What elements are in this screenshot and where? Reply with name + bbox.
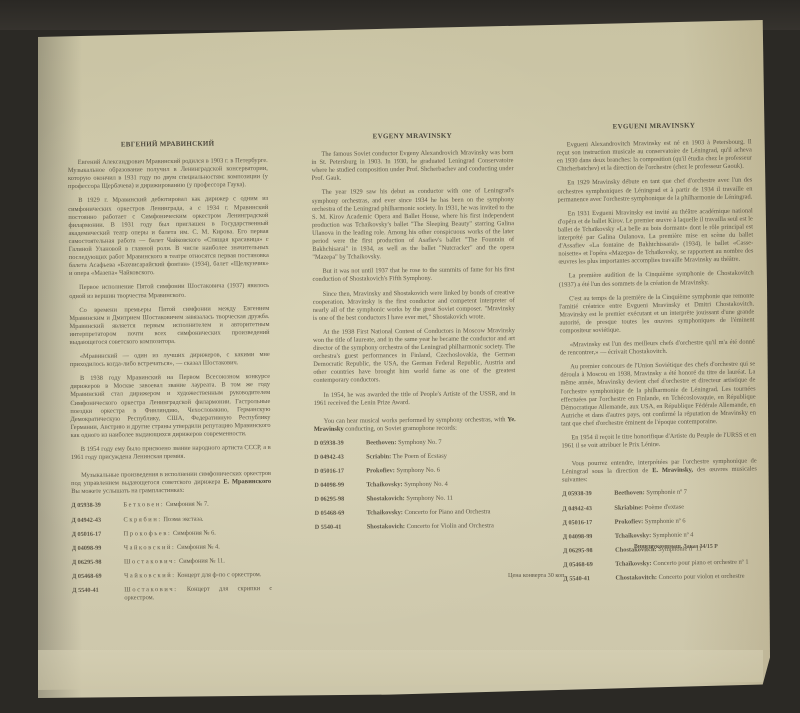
record-title: Tchaikovsky: Concerto for Piano and Orch…	[367, 508, 517, 517]
record-title: Scriabin: The Poem of Ecstasy	[366, 452, 516, 461]
record-title: Шостакович: Концерт для скрипки с оркест…	[124, 585, 272, 603]
records-intro: Vous pourrez entendre, interprétées par …	[562, 458, 757, 485]
record-title: Tchaikovsky: Symphony No. 4	[366, 480, 516, 489]
work-title: Symphonie nº 6	[645, 517, 686, 525]
biography-paragraph: En 1954 il reçoit le titre honorifique d…	[561, 431, 756, 450]
records-intro: Музыкальные произведения в исполнении си…	[71, 470, 271, 496]
record-entry: Д 04098-99Tchaïkovsky: Symphonie nº 4	[563, 530, 758, 541]
record-title: Shostakovich: Symphony No. 11	[366, 494, 516, 503]
record-entry: Д 04942-43Скрябин: Поэма экстаза.	[71, 515, 271, 525]
column-russian: ЕВГЕНИЙ МРАВИНСКИЙ Евгений Александрович…	[68, 139, 273, 609]
biography-paragraph: The famous Soviet conductor Evgeny Alexa…	[311, 149, 513, 183]
catalog-number: Д 04098-99	[72, 544, 124, 553]
catalog-number: Д 5540-41	[563, 575, 615, 584]
record-entry: Д 05938-39Бетховен: Симфония № 7.	[71, 500, 271, 510]
catalog-number: D 05468-69	[315, 510, 367, 519]
biography-paragraph: «Мравинский — один из лучших дирижеров, …	[70, 351, 270, 369]
work-title: Симфония № 7.	[166, 501, 209, 508]
composer: Чайковский:	[124, 572, 176, 580]
biography-paragraph: Первое исполнение Пятой симфонии Шостако…	[69, 282, 269, 300]
composer: Tchaïkovsky:	[615, 532, 651, 540]
column-title: EVGUENI MRAVINSKY	[556, 120, 751, 131]
catalog-number: Д 04942-43	[71, 516, 123, 525]
composer: Chostakovitch:	[615, 574, 657, 582]
composer: Прокофьев:	[124, 530, 172, 537]
biography-paragraph: La première audition de la Cinquième sym…	[559, 270, 754, 289]
composer: Scriabin:	[366, 453, 391, 460]
record-entry: D 05468-69Tchaikovsky: Concerto for Pian…	[315, 508, 517, 518]
record-entry: Д 05938-39Beethoven: Symphonie nº 7	[562, 488, 757, 499]
work-title: Симфония № 6.	[173, 529, 216, 536]
record-list: Д 05938-39Beethoven: Symphonie nº 7Д 049…	[562, 488, 758, 584]
record-title: Shostakovich: Concerto for Violin and Or…	[367, 523, 517, 532]
record-entry: D 05016-17Prokofiev: Symphony No. 6	[314, 466, 516, 476]
biography-paragraph: En 1929 Mravinsky débute en tant que che…	[557, 177, 752, 204]
catalog-number: Д 05468-69	[72, 572, 124, 581]
column-title: ЕВГЕНИЙ МРАВИНСКИЙ	[68, 139, 268, 149]
composer: Beethoven:	[366, 439, 397, 446]
catalog-number: D 5540-41	[315, 524, 367, 533]
work-title: Concerto for Piano and Orchestra	[404, 509, 490, 517]
work-title: Symphony No. 6	[396, 467, 440, 474]
work-title: Symphony No. 4	[404, 481, 448, 488]
biography-paragraph: At the 1938 First National Contest of Co…	[313, 327, 515, 385]
composer: Prokofiev:	[366, 467, 395, 474]
sleeve-price: Цена конверта 30 коп.	[508, 572, 566, 579]
work-title: Poème d'extase	[645, 503, 684, 511]
catalog-number: Д 04942-43	[562, 504, 614, 513]
catalog-number: Д 05938-39	[562, 490, 614, 499]
work-title: Symphony No. 11	[406, 495, 453, 502]
record-entry: D 06295-98Shostakovich: Symphony No. 11	[314, 494, 516, 504]
work-title: Концерт для ф-по с оркестром.	[177, 571, 261, 579]
work-title: Симфония № 11.	[179, 557, 225, 564]
biography-paragraph: «Mravinsky est l'un des meilleurs chefs …	[560, 339, 755, 358]
record-entry: Д 5540-41Шостакович: Концерт для скрипки…	[72, 585, 272, 603]
biography-paragraph: Evgueni Alexandrovitch Mravinsky est né …	[557, 139, 752, 174]
biography-paragraph: Au premier concours de l'Union Soviétiqu…	[560, 361, 756, 429]
record-title: Tchaïkovsky: Symphonie nº 4	[615, 530, 758, 540]
catalog-number: D 05016-17	[314, 468, 366, 477]
column-french: EVGUENI MRAVINSKY Evgueni Alexandrovitch…	[556, 120, 758, 589]
catalog-number: Д 05016-17	[563, 518, 615, 527]
biography: The famous Soviet conductor Evgeny Alexa…	[311, 149, 515, 407]
catalog-number: Д 05938-39	[71, 502, 123, 511]
composer: Скрябин:	[123, 516, 161, 523]
record-title: Chostakovitch: Concerto pour violon et o…	[615, 572, 758, 582]
record-title: Шостакович: Симфония № 11.	[124, 557, 272, 567]
record-entry: Д 05016-17Prokofiev: Symphonie nº 6	[563, 516, 758, 527]
catalog-number: D 04098-99	[314, 482, 366, 491]
record-title: Прокофьев: Симфония № 6.	[124, 529, 272, 539]
biography-paragraph: Since then, Mravinsky and Shostakovich w…	[313, 289, 515, 323]
record-entry: D 05938-39Beethoven: Symphony No. 7	[314, 438, 516, 448]
record-list: D 05938-39Beethoven: Symphony No. 7D 049…	[314, 438, 517, 532]
work-title: Symphonie nº 7	[646, 489, 687, 497]
record-entry: Д 04098-99Чайковский: Симфония № 4.	[72, 543, 272, 553]
composer: Shostakovich:	[366, 495, 404, 502]
composer: Чайковский:	[124, 544, 176, 552]
record-entry: Д 5540-41Chostakovitch: Concerto pour vi…	[563, 572, 758, 583]
catalog-number: D 06295-98	[314, 496, 366, 505]
record-title: Prokofiev: Symphonie nº 6	[615, 516, 758, 526]
work-title: Поэма экстаза.	[163, 515, 203, 522]
record-entry: D 5540-41Shostakovich: Concerto for Viol…	[315, 523, 517, 533]
catalog-number: Д 06295-98	[563, 547, 615, 556]
record-entry: Д 05468-69Tchaïkovsky: Concerto pour pia…	[563, 558, 758, 569]
composer: Бетховен:	[123, 502, 164, 509]
work-title: Concerto pour violon et orchestre	[659, 573, 745, 581]
record-title: Beethoven: Symphony No. 7	[366, 438, 516, 447]
records-intro: You can hear musical works performed by …	[314, 416, 516, 434]
work-title: Симфония № 4.	[177, 543, 220, 550]
record-title: Скрябин: Поэма экстаза.	[123, 515, 271, 525]
record-title: Чайковский: Концерт для ф-по с оркестром…	[124, 571, 272, 581]
work-title: Concerto pour piano et orchestre nº 1	[653, 559, 748, 567]
catalog-number: Д 06295-98	[72, 558, 124, 567]
biography-paragraph: Евгений Александрович Мравинский родился…	[68, 157, 268, 191]
work-title: Symphonie nº 4	[653, 531, 694, 539]
printer-imprint: Вниизвукомвмаш. Заказ 34/15 Р	[634, 544, 718, 550]
biography-paragraph: The year 1929 saw his debut as conductor…	[312, 188, 515, 263]
catalog-number: Д 05468-69	[563, 561, 615, 570]
catalog-number: Д 05016-17	[72, 530, 124, 539]
biography-paragraph: В 1954 году ему было присвоено звание на…	[71, 444, 271, 462]
record-entry: Д 04942-43Skriabine: Poème d'extase	[562, 502, 757, 513]
biography-paragraph: В 1929 г. Мравинский дебютировал как дир…	[68, 195, 269, 278]
biography: Evgueni Alexandrovitch Mravinsky est né …	[557, 139, 757, 451]
biography-paragraph: But it was not until 1937 that he rose t…	[312, 266, 514, 284]
record-title: Tchaïkovsky: Concerto pour piano et orch…	[615, 558, 758, 568]
record-entry: D 04942-43Scriabin: The Poem of Ecstasy	[314, 452, 516, 462]
catalog-number: D 04942-43	[314, 453, 366, 462]
record-list: Д 05938-39Бетховен: Симфония № 7.Д 04942…	[71, 500, 272, 603]
record-entry: Д 05016-17Прокофьев: Симфония № 6.	[72, 529, 272, 539]
composer: Beethoven:	[614, 490, 645, 497]
composer: Tchaïkovsky:	[615, 560, 651, 568]
composer: Shostakovich:	[367, 524, 405, 531]
record-title: Prokofiev: Symphony No. 6	[366, 466, 516, 475]
biography-paragraph: C'est au temps de la première de la Cinq…	[559, 292, 755, 336]
record-title: Beethoven: Symphonie nº 7	[614, 488, 757, 498]
biography-paragraph: En 1931 Evgueni Mravinsky est invité au …	[558, 207, 754, 267]
composer: Шостакович:	[124, 558, 177, 566]
record-entry: Д 06295-98Шостакович: Симфония № 11.	[72, 557, 272, 567]
biography-paragraph: In 1954, he was awarded the title of Peo…	[313, 390, 515, 408]
biography-paragraph: В 1938 году Мравинский на Первом Всесоюз…	[70, 373, 271, 440]
composer: Skriabine:	[614, 504, 643, 511]
column-english: EVGENY MRAVINSKY The famous Soviet condu…	[311, 131, 517, 538]
composer: Tchaikovsky:	[366, 481, 402, 488]
work-title: Concerto for Violin and Orchestra	[407, 523, 494, 531]
record-title: Бетховен: Симфония № 7.	[123, 500, 271, 510]
column-title: EVGENY MRAVINSKY	[311, 131, 513, 141]
catalog-number: Д 04098-99	[563, 532, 615, 541]
composer: Шостакович:	[124, 586, 177, 594]
work-title: The Poem of Ecstasy	[393, 453, 447, 460]
composer: Prokofiev:	[615, 518, 644, 525]
catalog-number: D 05938-39	[314, 439, 366, 448]
biography: Евгений Александрович Мравинский родился…	[68, 157, 271, 462]
record-title: Чайковский: Симфония № 4.	[124, 543, 272, 553]
record-entry: Д 05468-69Чайковский: Концерт для ф-по с…	[72, 571, 272, 581]
composer: Tchaikovsky:	[367, 509, 403, 516]
work-title: Symphony No. 7	[398, 439, 442, 446]
biography-paragraph: Со времени премьеры Пятой симфонии между…	[69, 305, 269, 348]
record-entry: D 04098-99Tchaikovsky: Symphony No. 4	[314, 480, 516, 490]
catalog-number: Д 5540-41	[72, 587, 124, 604]
record-title: Skriabine: Poème d'extase	[614, 502, 757, 512]
